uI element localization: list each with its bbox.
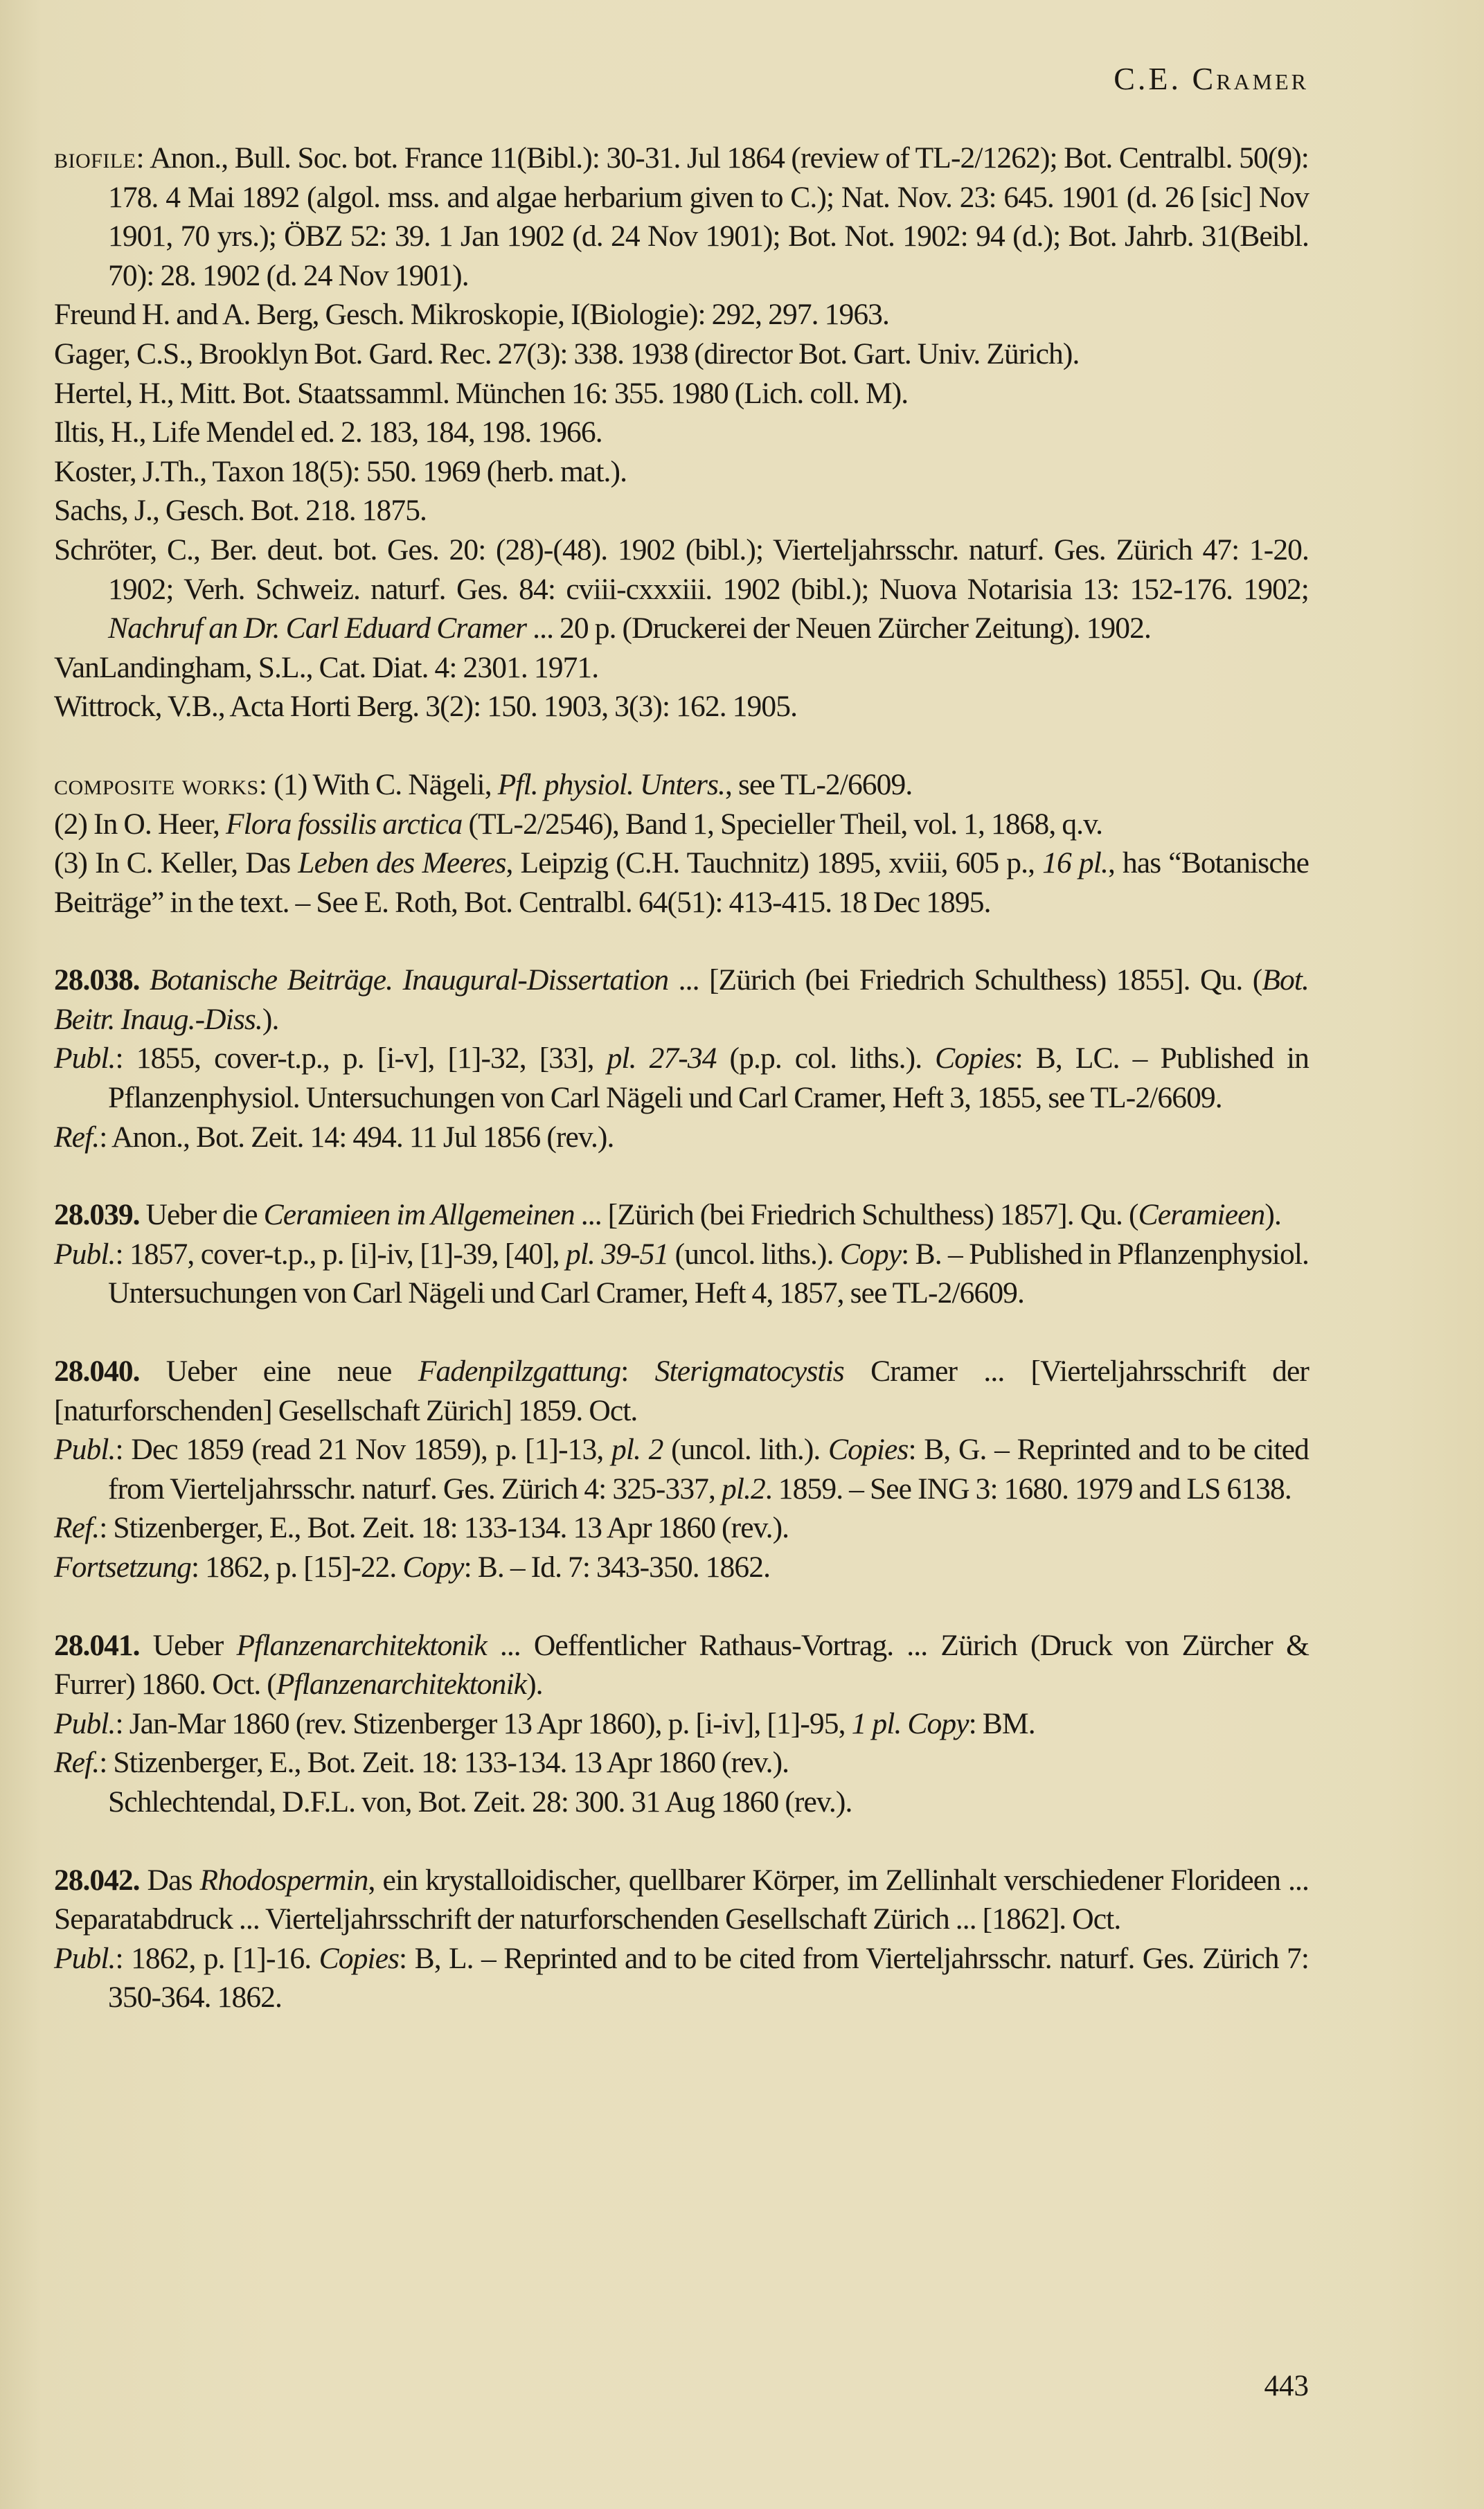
entries-list: 28.038. Botanische Beiträge. Inaugural-D…	[54, 922, 1309, 2017]
entry-publ-line: Publ.: 1862, p. [1]-16. Copies: B, L. – …	[54, 1939, 1309, 2017]
field-label: Ref.	[54, 1120, 99, 1154]
entry-title: 28.041. Ueber Pflanzenarchitektonik ... …	[54, 1626, 1309, 1704]
composite-work-item: COMPOSITE WORKS: (1) With C. Nägeli, Pfl…	[54, 765, 1309, 805]
field-label: Publ.	[54, 1433, 116, 1466]
entry-publ-line: Publ.: Jan-Mar 1860 (rev. Stizenberger 1…	[54, 1704, 1309, 1744]
biofile-entry: BIOFILE: Anon., Bull. Soc. bot. France 1…	[54, 139, 1309, 295]
entry-ref-line: Ref.: Stizenberger, E., Bot. Zeit. 18: 1…	[54, 1743, 1309, 1783]
biofile-entry: Wittrock, V.B., Acta Horti Berg. 3(2): 1…	[54, 687, 1309, 726]
biofile-section: BIOFILE: Anon., Bull. Soc. bot. France 1…	[54, 139, 1309, 726]
entry-publ-line: Publ.: 1855, cover-t.p., p. [i-v], [1]-3…	[54, 1039, 1309, 1117]
biofile-entry: VanLandingham, S.L., Cat. Diat. 4: 2301.…	[54, 648, 1309, 688]
biofile-entry: Gager, C.S., Brooklyn Bot. Gard. Rec. 27…	[54, 334, 1309, 374]
page-number: 443	[1264, 2367, 1309, 2406]
entry-title: 28.042. Das Rhodospermin, ein krystalloi…	[54, 1861, 1309, 1939]
entry-fortsetzung-line: Fortsetzung: 1862, p. [15]-22. Copy: B. …	[54, 1548, 1309, 1587]
biofile-entry: Sachs, J., Gesch. Bot. 218. 1875.	[54, 491, 1309, 530]
biofile-entry: Iltis, H., Life Mendel ed. 2. 183, 184, …	[54, 413, 1309, 452]
biofile-entry: Schröter, C., Ber. deut. bot. Ges. 20: (…	[54, 530, 1309, 648]
field-label: Ref.	[54, 1746, 99, 1779]
biofile-entry: Hertel, H., Mitt. Bot. Staatssamml. Münc…	[54, 374, 1309, 413]
entry-ref-line: Ref.: Anon., Bot. Zeit. 14: 494. 11 Jul …	[54, 1118, 1309, 1157]
biofile-label: BIOFILE:	[54, 141, 145, 175]
field-label: Ref.	[54, 1511, 99, 1544]
entry-ref-continuation: Schlechtendal, D.F.L. von, Bot. Zeit. 28…	[54, 1783, 1309, 1822]
field-label: Publ.	[54, 1238, 116, 1271]
entry-ref-line: Ref.: Stizenberger, E., Bot. Zeit. 18: 1…	[54, 1508, 1309, 1548]
bibliography-entry: 28.041. Ueber Pflanzenarchitektonik ... …	[54, 1626, 1309, 1822]
composite-work-item: (3) In C. Keller, Das Leben des Meeres, …	[54, 843, 1309, 922]
composite-works-label: COMPOSITE WORKS:	[54, 768, 267, 801]
field-label: Publ.	[54, 1942, 116, 1975]
entry-number: 28.042.	[54, 1864, 140, 1897]
entry-number: 28.038.	[54, 963, 140, 997]
entry-publ-line: Publ.: 1857, cover-t.p., p. [i]-iv, [1]-…	[54, 1235, 1309, 1313]
bibliography-entry: 28.040. Ueber eine neue Fadenpilzgattung…	[54, 1352, 1309, 1587]
entry-publ-line: Publ.: Dec 1859 (read 21 Nov 1859), p. […	[54, 1430, 1309, 1508]
entry-title: 28.038. Botanische Beiträge. Inaugural-D…	[54, 961, 1309, 1039]
entry-title: 28.040. Ueber eine neue Fadenpilzgattung…	[54, 1352, 1309, 1430]
page-body: BIOFILE: Anon., Bull. Soc. bot. France 1…	[54, 139, 1309, 2017]
running-head: C.E. Cramer	[1114, 60, 1309, 98]
biofile-entry: Koster, J.Th., Taxon 18(5): 550. 1969 (h…	[54, 452, 1309, 492]
bibliography-entry: 28.042. Das Rhodospermin, ein krystalloi…	[54, 1861, 1309, 2017]
field-label: Publ.	[54, 1042, 116, 1075]
bibliography-entry: 28.038. Botanische Beiträge. Inaugural-D…	[54, 961, 1309, 1157]
entry-title: 28.039. Ueber die Ceramieen im Allgemein…	[54, 1195, 1309, 1235]
bibliography-entry: 28.039. Ueber die Ceramieen im Allgemein…	[54, 1195, 1309, 1313]
composite-work-item: (2) In O. Heer, Flora fossilis arctica (…	[54, 805, 1309, 844]
entry-number: 28.041.	[54, 1629, 140, 1662]
field-label: Publ.	[54, 1707, 116, 1740]
biofile-entry: Freund H. and A. Berg, Gesch. Mikroskopi…	[54, 295, 1309, 334]
entry-number: 28.040.	[54, 1355, 140, 1388]
composite-works-section: COMPOSITE WORKS: (1) With C. Nägeli, Pfl…	[54, 765, 1309, 922]
field-label: Fortsetzung	[54, 1551, 191, 1584]
entry-number: 28.039.	[54, 1198, 140, 1231]
